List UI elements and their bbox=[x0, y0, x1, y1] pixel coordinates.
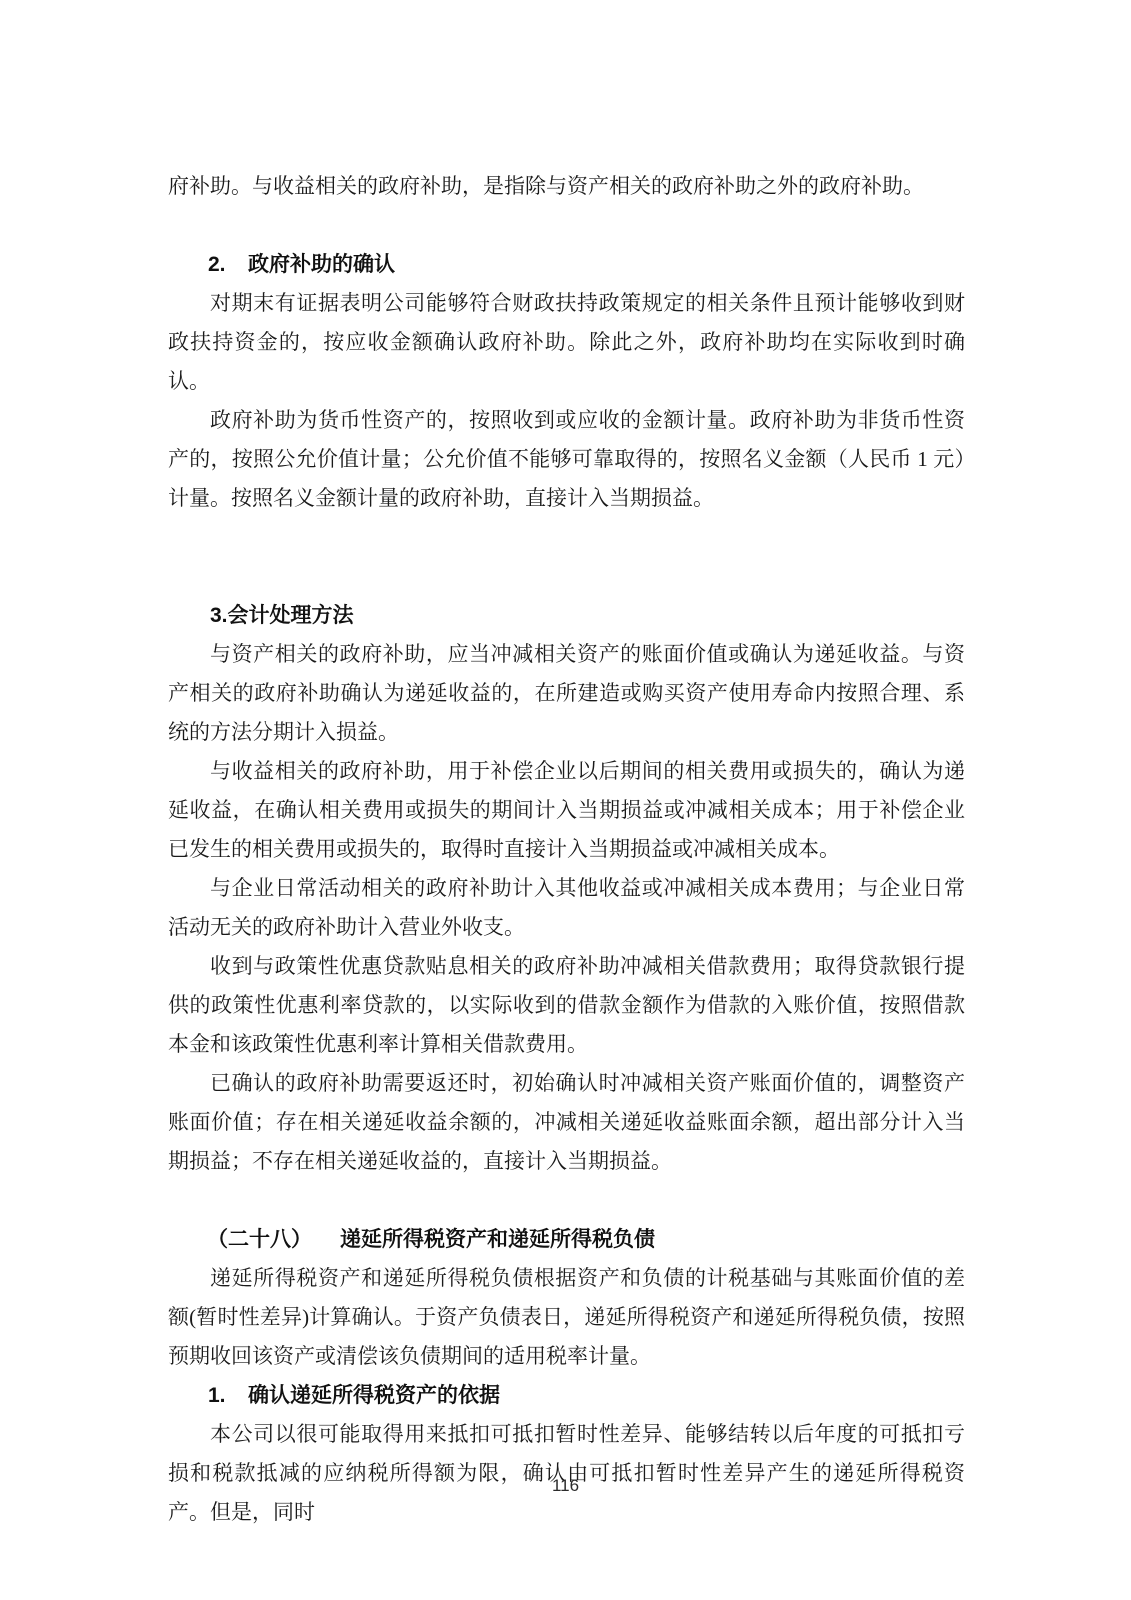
heading-num: 1.确认递延所得税资产的依据 bbox=[168, 1376, 965, 1415]
body-paragraph: 与资产相关的政府补助，应当冲减相关资产的账面价值或确认为递延收益。与资产相关的政… bbox=[168, 635, 965, 752]
heading-number: 2. bbox=[208, 245, 248, 284]
page-footer: 116 bbox=[0, 1476, 1131, 1496]
body-paragraph: 与企业日常活动相关的政府补助计入其他收益或冲减相关成本费用；与企业日常活动无关的… bbox=[168, 869, 965, 947]
body-paragraph: 收到与政策性优惠贷款贴息相关的政府补助冲减相关借款费用；取得贷款银行提供的政策性… bbox=[168, 947, 965, 1064]
body-paragraph: 与收益相关的政府补助，用于补偿企业以后期间的相关费用或损失的，确认为递延收益，在… bbox=[168, 752, 965, 869]
document-content: 府补助。与收益相关的政府补助，是指除与资产相关的政府补助之外的政府补助。2.政府… bbox=[168, 167, 965, 1532]
blank-line bbox=[168, 206, 965, 245]
heading-section: （二十八）递延所得税资产和递延所得税负债 bbox=[168, 1220, 965, 1259]
heading-title: 3.会计处理方法 bbox=[210, 604, 354, 627]
body-paragraph: 递延所得税资产和递延所得税负债根据资产和负债的计税基础与其账面价值的差额(暂时性… bbox=[168, 1259, 965, 1376]
blank-line bbox=[168, 557, 965, 596]
body-paragraph: 本公司以很可能取得用来抵扣可抵扣暂时性差异、能够结转以后年度的可抵扣亏损和税款抵… bbox=[168, 1415, 965, 1532]
heading-title: 确认递延所得税资产的依据 bbox=[248, 1384, 500, 1407]
blank-line bbox=[168, 1181, 965, 1220]
body-paragraph: 已确认的政府补助需要返还时，初始确认时冲减相关资产账面价值的，调整资产账面价值；… bbox=[168, 1064, 965, 1181]
heading-plain: 3.会计处理方法 bbox=[168, 596, 965, 635]
body-paragraph: 对期末有证据表明公司能够符合财政扶持政策规定的相关条件且预计能够收到财政扶持资金… bbox=[168, 284, 965, 401]
heading-title: 递延所得税资产和递延所得税负债 bbox=[340, 1228, 655, 1251]
heading-number: （二十八） bbox=[207, 1228, 312, 1251]
page-number: 116 bbox=[552, 1476, 579, 1495]
heading-number: 1. bbox=[208, 1376, 248, 1415]
document-page: 府补助。与收益相关的政府补助，是指除与资产相关的政府补助之外的政府补助。2.政府… bbox=[0, 0, 1131, 1600]
blank-line bbox=[168, 518, 965, 557]
heading-num: 2.政府补助的确认 bbox=[168, 245, 965, 284]
heading-title: 政府补助的确认 bbox=[248, 253, 395, 276]
continued-paragraph: 府补助。与收益相关的政府补助，是指除与资产相关的政府补助之外的政府补助。 bbox=[168, 167, 965, 206]
body-paragraph: 政府补助为货币性资产的，按照收到或应收的金额计量。政府补助为非货币性资产的，按照… bbox=[168, 401, 965, 518]
